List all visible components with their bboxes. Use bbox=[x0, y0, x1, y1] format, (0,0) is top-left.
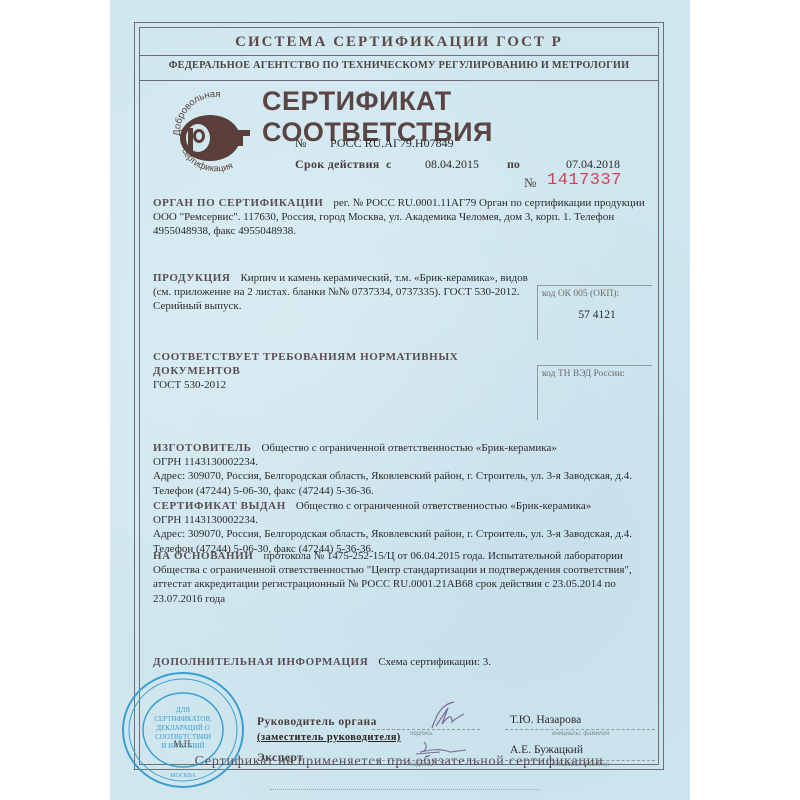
section-text: Схема сертификации: 3. bbox=[378, 656, 491, 668]
valid-to-date: 07.04.2018 bbox=[566, 157, 620, 172]
certificate-title: СЕРТИФИКАТ СООТВЕТСТВИЯ bbox=[262, 86, 662, 148]
official-stamp-icon: ДЛЯ СЕРТИФИКАТОВ, ДЕКЛАРАЦИЙ О СООТВЕТСТ… bbox=[118, 668, 248, 792]
section-conformity: СООТВЕТСТВУЕТ ТРЕБОВАНИЯМ НОРМАТИВНЫХ ДО… bbox=[153, 350, 553, 393]
manufacturer-address: Адрес: 309070, Россия, Белгородская обла… bbox=[153, 469, 653, 483]
stamp-line: ДЕКЛАРАЦИЙ О bbox=[156, 724, 210, 732]
system-title: СИСТЕМА СЕРТИФИКАЦИИ ГОСТ Р bbox=[139, 34, 659, 51]
valid-from-date: 08.04.2015 bbox=[425, 157, 479, 172]
seal-label: М.П. bbox=[173, 739, 192, 749]
agency-title: ФЕДЕРАЛЬНОЕ АГЕНТСТВО ПО ТЕХНИЧЕСКОМУ РЕ… bbox=[139, 60, 659, 71]
certificate-number-label: № bbox=[295, 136, 306, 151]
blank-number-label: № bbox=[524, 175, 536, 191]
blank-number: 1417337 bbox=[547, 171, 622, 190]
okp-label: код ОК 005 (ОКП): bbox=[542, 289, 652, 299]
section-basis: НА ОСНОВАНИИпротокола № 1475-252-15/Ц от… bbox=[153, 549, 653, 606]
tnved-label: код ТН ВЭД России: bbox=[542, 369, 652, 379]
section-heading: ПРОДУКЦИЯ bbox=[153, 272, 230, 284]
section-issued-to: СЕРТИФИКАТ ВЫДАНОбщество с ограниченной … bbox=[153, 499, 653, 556]
okp-value: 57 4121 bbox=[542, 309, 652, 321]
fineprint-line bbox=[270, 789, 540, 791]
section-heading: ИЗГОТОВИТЕЛЬ bbox=[153, 442, 251, 454]
tnved-code-box: код ТН ВЭД России: bbox=[537, 365, 652, 420]
name-caption: инициалы, фамилия bbox=[552, 731, 609, 737]
okp-code-box: код ОК 005 (ОКП): 57 4121 bbox=[537, 285, 652, 340]
section-heading: СЕРТИФИКАТ ВЫДАН bbox=[153, 500, 286, 512]
issued-to-name: Общество с ограниченной ответственностью… bbox=[296, 500, 591, 512]
section-text: ГОСТ 530-2012 bbox=[153, 378, 553, 392]
section-products: ПРОДУКЦИЯКирпич и камень керамический, т… bbox=[153, 271, 533, 314]
validity-from-label: с bbox=[386, 157, 391, 172]
header-divider bbox=[139, 55, 659, 56]
section-heading: СООТВЕТСТВУЕТ ТРЕБОВАНИЯМ НОРМАТИВНЫХ ДО… bbox=[153, 350, 543, 378]
header-divider bbox=[139, 80, 659, 81]
issued-to-address: Адрес: 309070, Россия, Белгородская обла… bbox=[153, 527, 653, 541]
certificate-number: РОСС RU.АГ79.Н07849 bbox=[330, 136, 454, 151]
stamp-city: МОСКВА bbox=[170, 773, 196, 779]
deputy-label: (заместитель руководителя) bbox=[257, 731, 401, 743]
head-name: Т.Ю. Назарова bbox=[510, 714, 581, 726]
stamp-line: ДЛЯ bbox=[176, 706, 191, 714]
section-heading: ДОПОЛНИТЕЛЬНАЯ ИНФОРМАЦИЯ bbox=[153, 656, 368, 668]
head-signature-label: Руководитель органа bbox=[257, 716, 377, 728]
footer-note: Сертификат не применяется при обязательн… bbox=[139, 754, 659, 770]
section-manufacturer: ИЗГОТОВИТЕЛЬОбщество с ограниченной отве… bbox=[153, 441, 653, 498]
stamp-line: СЕРТИФИКАТОВ, bbox=[154, 715, 212, 723]
rst-logo-icon: Добровольная сертификация bbox=[168, 90, 263, 180]
head-signature-icon bbox=[430, 700, 470, 730]
section-certification-body: ОРГАН ПО СЕРТИФИКАЦИИрег. № РОСС RU.0001… bbox=[153, 196, 653, 239]
manufacturer-phone: Телефон (47244) 5-06-30, факс (47244) 5-… bbox=[153, 484, 653, 498]
section-heading: НА ОСНОВАНИИ bbox=[153, 550, 253, 562]
head-name-line bbox=[505, 729, 655, 730]
validity-to-label: по bbox=[507, 157, 520, 172]
validity-label: Срок действия bbox=[295, 157, 380, 172]
manufacturer-ogrn: ОГРН 1143130002234. bbox=[153, 455, 653, 469]
issued-to-ogrn: ОГРН 1143130002234. bbox=[153, 513, 653, 527]
section-heading: ОРГАН ПО СЕРТИФИКАЦИИ bbox=[153, 197, 323, 209]
manufacturer-name: Общество с ограниченной ответственностью… bbox=[261, 442, 556, 454]
